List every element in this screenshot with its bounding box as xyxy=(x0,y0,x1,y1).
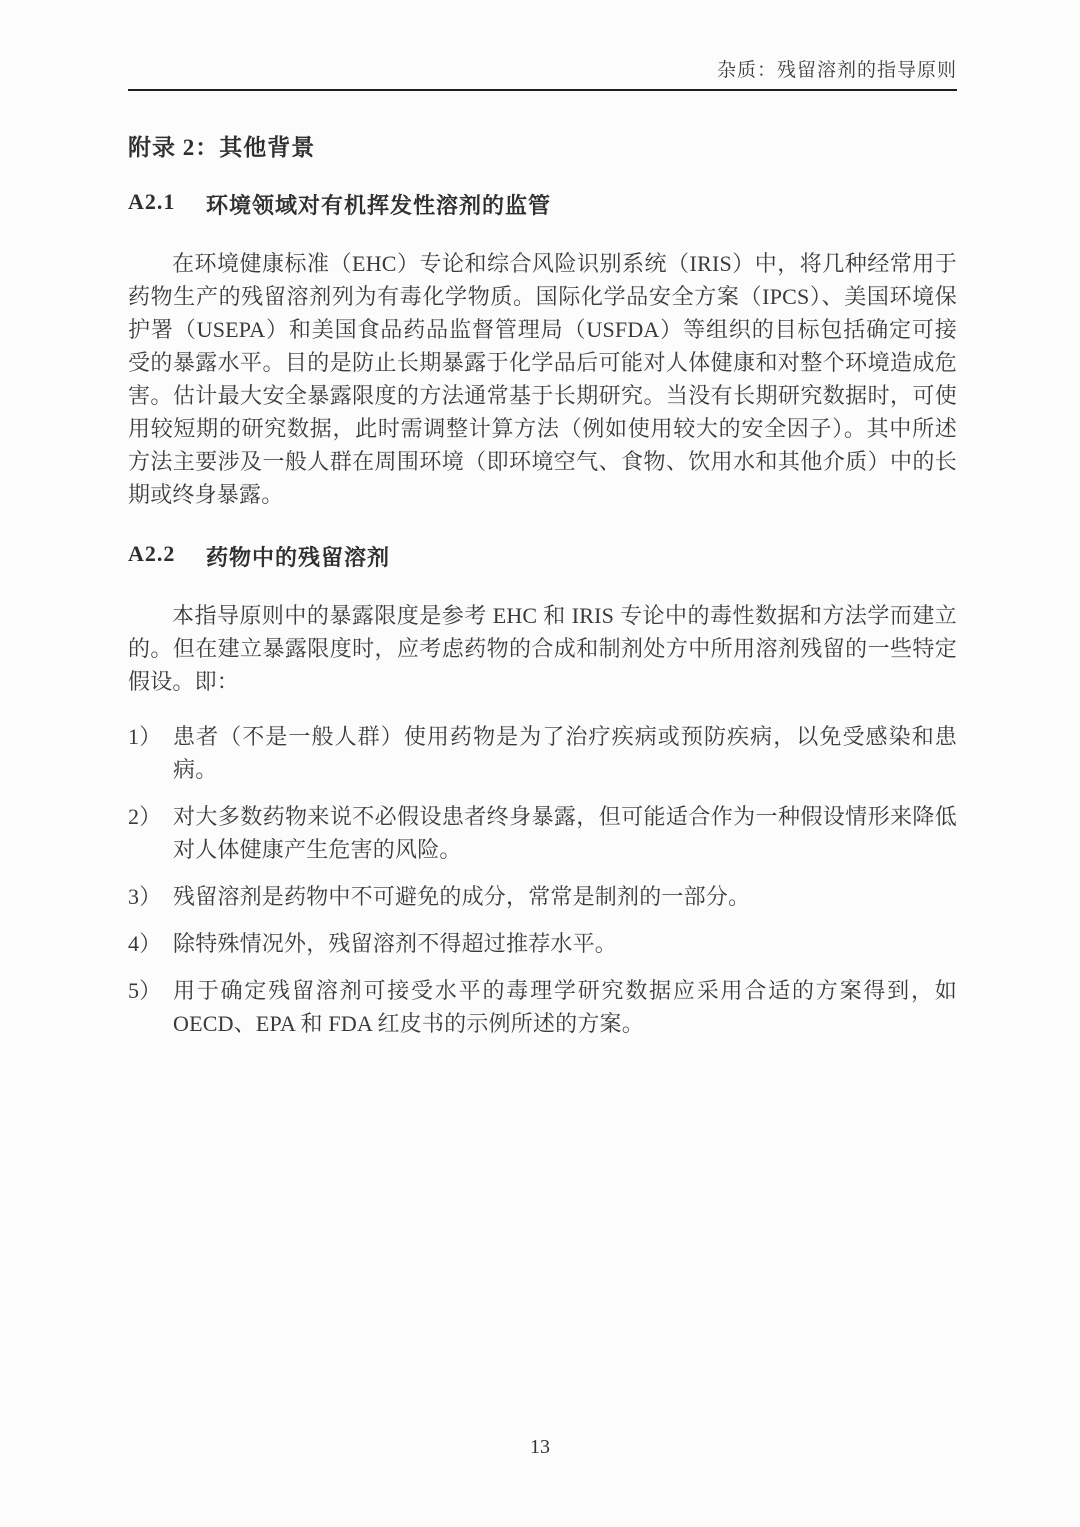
list-item-marker: 5） xyxy=(128,974,173,1040)
page-number: 13 xyxy=(0,1436,1080,1459)
list-item-marker: 2） xyxy=(128,800,173,866)
running-header: 杂质：残留溶剂的指导原则 xyxy=(128,58,957,84)
paragraph-environmental-regulation: 在环境健康标准（EHC）专论和综合风险识别系统（IRIS）中，将几种经常用于药物… xyxy=(128,247,957,511)
list-item-marker: 4） xyxy=(128,927,173,960)
document-page: 杂质：残留溶剂的指导原则 附录 2：其他背景 A2.1 环境领域对有机挥发性溶剂… xyxy=(0,0,1080,1527)
section-title: 药物中的残留溶剂 xyxy=(206,541,390,572)
list-item: 5） 用于确定残留溶剂可接受水平的毒理学研究数据应采用合适的方案得到，如 OEC… xyxy=(128,974,957,1040)
paragraph-residual-solvents-intro: 本指导原则中的暴露限度是参考 EHC 和 IRIS 专论中的毒性数据和方法学而建… xyxy=(128,599,957,698)
list-item-text: 除特殊情况外，残留溶剂不得超过推荐水平。 xyxy=(173,927,957,960)
section-number: A2.2 xyxy=(128,541,206,572)
list-item: 3） 残留溶剂是药物中不可避免的成分，常常是制剂的一部分。 xyxy=(128,880,957,913)
list-item-marker: 3） xyxy=(128,880,173,913)
section-heading-a2-2: A2.2 药物中的残留溶剂 xyxy=(128,541,957,572)
section-heading-a2-1: A2.1 环境领域对有机挥发性溶剂的监管 xyxy=(128,189,957,220)
appendix-title: 附录 2：其他背景 xyxy=(128,129,957,162)
list-item-text: 用于确定残留溶剂可接受水平的毒理学研究数据应采用合适的方案得到，如 OECD、E… xyxy=(173,974,957,1040)
list-item: 1） 患者（不是一般人群）使用药物是为了治疗疾病或预防疾病，以免受感染和患病。 xyxy=(128,720,957,786)
list-item-text: 对大多数药物来说不必假设患者终身暴露，但可能适合作为一种假设情形来降低对人体健康… xyxy=(173,800,957,866)
list-item: 4） 除特殊情况外，残留溶剂不得超过推荐水平。 xyxy=(128,927,957,960)
page-content: 杂质：残留溶剂的指导原则 附录 2：其他背景 A2.1 环境领域对有机挥发性溶剂… xyxy=(0,0,1080,1040)
list-item-marker: 1） xyxy=(128,720,173,786)
list-item-text: 残留溶剂是药物中不可避免的成分，常常是制剂的一部分。 xyxy=(173,880,957,913)
assumption-list: 1） 患者（不是一般人群）使用药物是为了治疗疾病或预防疾病，以免受感染和患病。 … xyxy=(128,720,957,1040)
section-title: 环境领域对有机挥发性溶剂的监管 xyxy=(206,189,551,220)
list-item: 2） 对大多数药物来说不必假设患者终身暴露，但可能适合作为一种假设情形来降低对人… xyxy=(128,800,957,866)
list-item-text: 患者（不是一般人群）使用药物是为了治疗疾病或预防疾病，以免受感染和患病。 xyxy=(173,720,957,786)
section-number: A2.1 xyxy=(128,189,206,220)
header-rule xyxy=(128,89,957,91)
